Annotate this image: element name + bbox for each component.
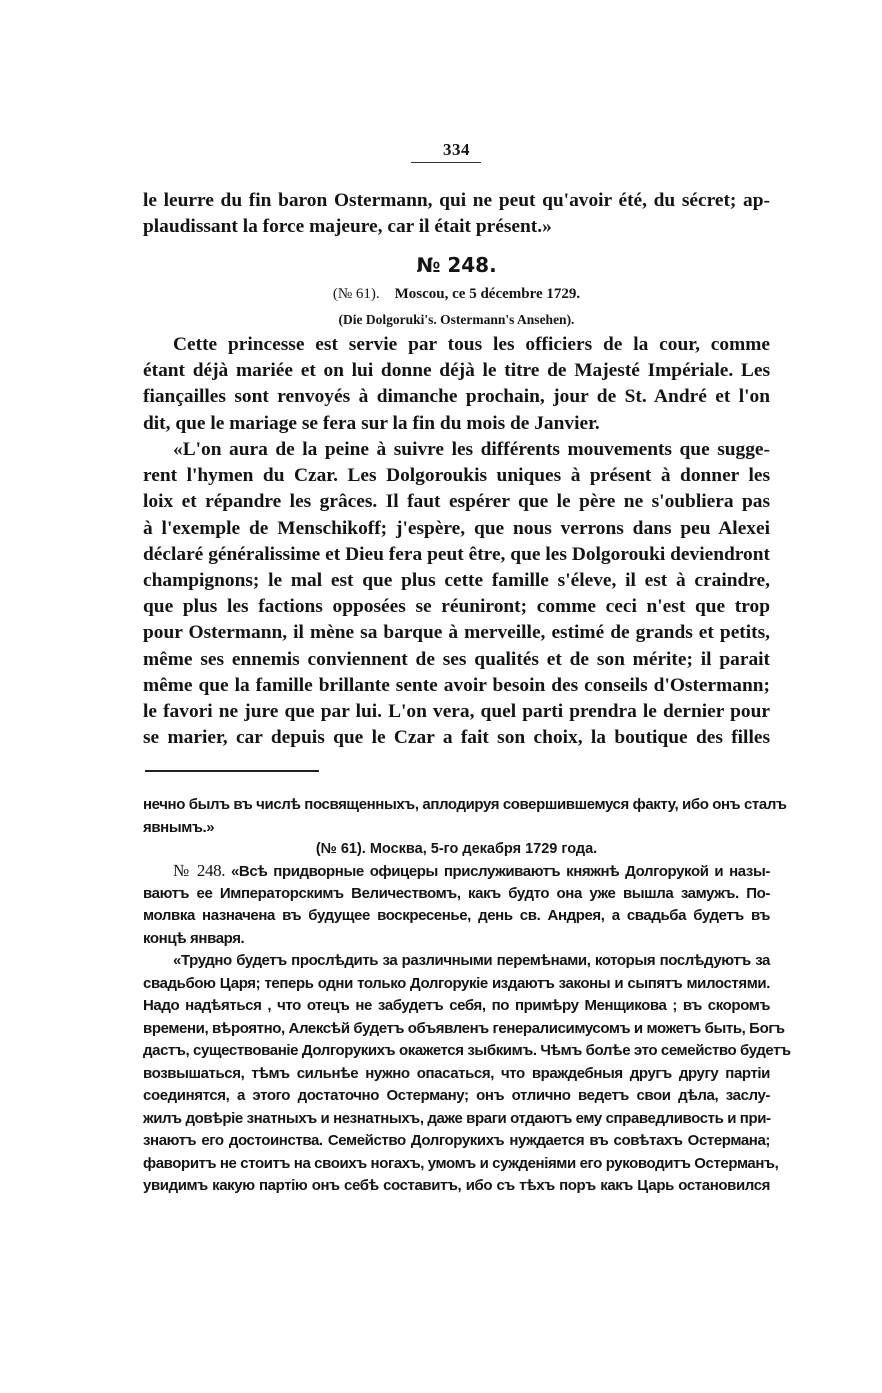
page-number: 334: [143, 140, 770, 160]
text-line: фаворитъ не стоитъ на своихъ ногахъ, умо…: [143, 1153, 770, 1176]
text-line: концѣ января.: [143, 928, 770, 951]
continuation-text: le leurre du fin baron Ostermann, qui ne…: [143, 188, 770, 240]
text-line: déclaré généralissime et Dieu fera peut …: [143, 542, 770, 568]
text-line: молвка назначена въ будущее воскресенье,…: [143, 905, 770, 928]
text-line: свадьбою Царя; теперь одни только Долгор…: [143, 973, 770, 996]
text-line: Надо надѣяться , что отецъ не забудетъ с…: [143, 995, 770, 1018]
text-line: нечно былъ въ числѣ посвященныхъ, аплоди…: [143, 794, 770, 817]
french-paragraph-1: Cette princesse est servie par tous les …: [143, 332, 770, 437]
text-line: «Трудно будетъ прослѣдить за различными …: [143, 950, 770, 973]
translation-number-label: № 248.: [173, 861, 225, 880]
text-line: même ses ennemis conviennent de ses qual…: [143, 647, 770, 673]
text-line: plaudissant la force majeure, car il éta…: [143, 214, 770, 240]
text-line: № 248. «Всѣ придворные офицеры прислужив…: [143, 860, 770, 883]
text-line: увидимъ какую партію онъ себѣ составитъ,…: [143, 1175, 770, 1198]
text-line: ваютъ ее Императорскимъ Величествомъ, ка…: [143, 883, 770, 906]
text-line: соединятся, а этого достаточно Остерману…: [143, 1085, 770, 1108]
french-paragraph-2: «L'on aura de la peine à suivre les diff…: [143, 437, 770, 751]
text-line: le leurre du fin baron Ostermann, qui ne…: [143, 188, 770, 214]
text-line: que plus les factions opposées se réunir…: [143, 594, 770, 620]
text-line: le favori ne jure que par lui. L'on vera…: [143, 699, 770, 725]
text-line: à l'exemple de Menschikoff; j'espère, qu…: [143, 516, 770, 542]
document-heading: № 248.: [143, 253, 770, 277]
document-meta-number: (№ 61).: [333, 286, 380, 302]
document-subject: (Die Dolgoruki's. Ostermann's Ansehen).: [143, 312, 770, 328]
page-number-rule: [411, 162, 481, 163]
text-line: «L'on aura de la peine à suivre les diff…: [143, 437, 770, 463]
text-line: même que la famille brillante sente avoi…: [143, 673, 770, 699]
text-line: времени, вѣроятно, Алексѣй будетъ объявл…: [143, 1018, 770, 1041]
text-line: fiançailles sont renvoyés à dimanche pro…: [143, 384, 770, 410]
translation-continuation: нечно былъ въ числѣ посвященныхъ, аплоди…: [143, 794, 770, 839]
text-line: dit, que le mariage se fera sur la fin d…: [143, 411, 770, 437]
document-place-date: Moscou, ce 5 décembre 1729.: [395, 286, 581, 302]
text-line: Cette princesse est servie par tous les …: [143, 332, 770, 358]
text-line: знаютъ его достоинства. Семейство Долгор…: [143, 1130, 770, 1153]
text-line: rent l'hymen du Czar. Les Dolgoroukis un…: [143, 463, 770, 489]
translation-paragraph-1: № 248. «Всѣ придворные офицеры прислужив…: [143, 860, 770, 950]
text-line: se marier, car depuis que le Czar a fait…: [143, 725, 770, 751]
text-line: étant déjà mariée et on lui donne déjà l…: [143, 358, 770, 384]
translation-paragraph-2: «Трудно будетъ прослѣдить за различными …: [143, 950, 770, 1198]
text-line: явнымъ.»: [143, 817, 770, 840]
text-line: pour Ostermann, il mène sa barque à merv…: [143, 620, 770, 646]
footnote-divider: [145, 770, 319, 772]
text-line-content: «Всѣ придворные офицеры прислуживаютъ кн…: [231, 863, 770, 880]
document-meta: (№ 61). Moscou, ce 5 décembre 1729.: [143, 286, 770, 303]
text-line: жилъ довѣріе знатныхъ и незнатныхъ, даже…: [143, 1108, 770, 1131]
text-line: champignons; le mal est que plus cette f…: [143, 568, 770, 594]
text-line: дастъ, существованіе Долгорукихъ окажетс…: [143, 1040, 770, 1063]
text-line: возвышаться, тѣмъ сильнѣе нужно опасатьс…: [143, 1063, 770, 1086]
text-line: loix et répandre les grâces. Il faut esp…: [143, 489, 770, 515]
translation-meta: (№ 61). Москва, 5-го декабря 1729 года.: [143, 841, 770, 857]
